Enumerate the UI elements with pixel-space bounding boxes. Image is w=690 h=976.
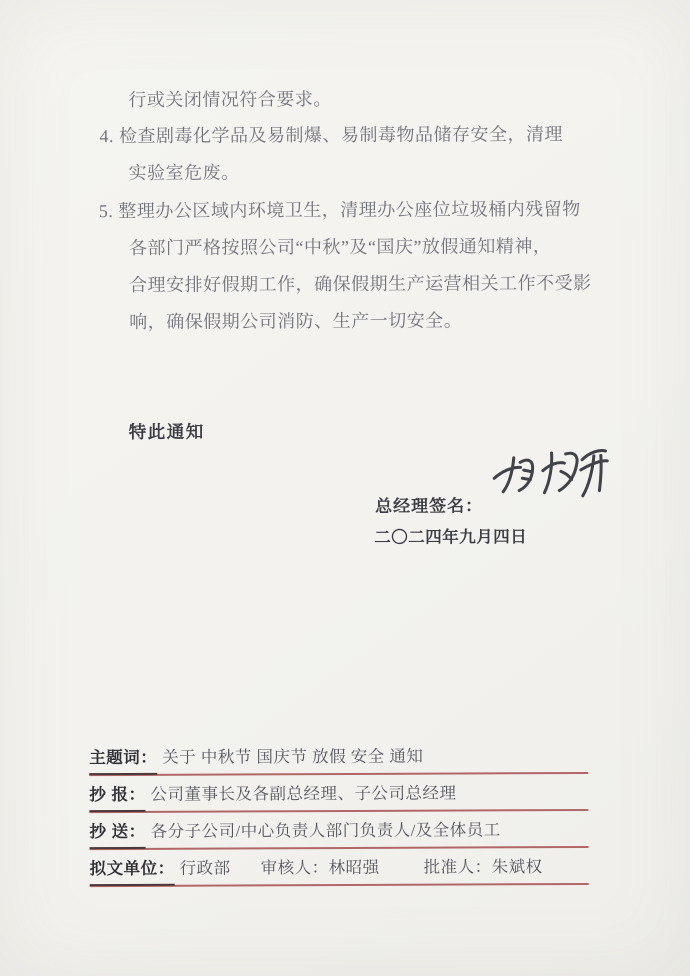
signature-strokes (493, 449, 610, 502)
footer-value-unit: 行政部 (180, 859, 231, 878)
scan-content: 行或关闭情况符合要求。 4. 检查剧毒化学品及易制爆、易制毒物品储存安全，清理 … (0, 0, 690, 976)
body-line-item-4: 4. 检查剧毒化学品及易制爆、易制毒物品储存安全，清理 (99, 120, 563, 148)
footer-value-keywords: 关于 中秋节 国庆节 放假 安全 通知 (162, 747, 423, 767)
body-line: 各部门严格按照公司“中秋”及“国庆”放假通知精神， (129, 232, 552, 260)
footer-row-copy-send: 抄 送：各分子公司/中心负责人部门负责人/及全体员工 (89, 819, 588, 850)
footer-label-copy-report: 抄 报： (89, 784, 145, 806)
gm-signature-label: 总经理签名： (375, 491, 483, 516)
footer-label-keywords: 主题词： (89, 747, 157, 769)
footer-value-copy-send: 各分子公司/中心负责人部门负责人/及全体员工 (151, 820, 501, 841)
footer-value-reviewer: 审核人：林昭强 (261, 858, 380, 878)
body-line-item-5: 5. 整理办公区域内环境卫生，清理办公座位垃圾桶内残留物 (99, 195, 581, 223)
body-line: 合理安排好假期工作，确保假期生产运营相关工作不受影 (129, 269, 592, 297)
footer-label-drafting-unit: 拟文单位： (90, 858, 175, 880)
closing-statement: 特此通知 (129, 419, 205, 444)
body-line: 行或关闭情况符合要求。 (128, 85, 332, 112)
footer-value-approver: 批准人：朱斌权 (424, 857, 543, 877)
footer-label-copy-send: 抄 送： (89, 821, 145, 843)
footer-value-copy-report: 公司董事长及各副总经理、子公司总经理 (150, 784, 456, 804)
footer-row-copy-report: 抄 报：公司董事长及各副总经理、子公司总经理 (89, 782, 588, 813)
body-line: 实验室危废。 (129, 158, 240, 184)
signature-date: 二〇二四年九月四日 (374, 523, 527, 548)
body-line: 响，确保假期公司消防、生产一切安全。 (129, 306, 462, 333)
footer-row-keywords: 主题词：关于 中秋节 国庆节 放假 安全 通知 (89, 745, 588, 776)
footer-row-drafting-unit: 拟文单位：行政部审核人：林昭强批准人：朱斌权 (90, 856, 589, 887)
scanned-notice-page: 行或关闭情况符合要求。 4. 检查剧毒化学品及易制爆、易制毒物品储存安全，清理 … (0, 0, 690, 976)
handwritten-signature (488, 439, 614, 506)
